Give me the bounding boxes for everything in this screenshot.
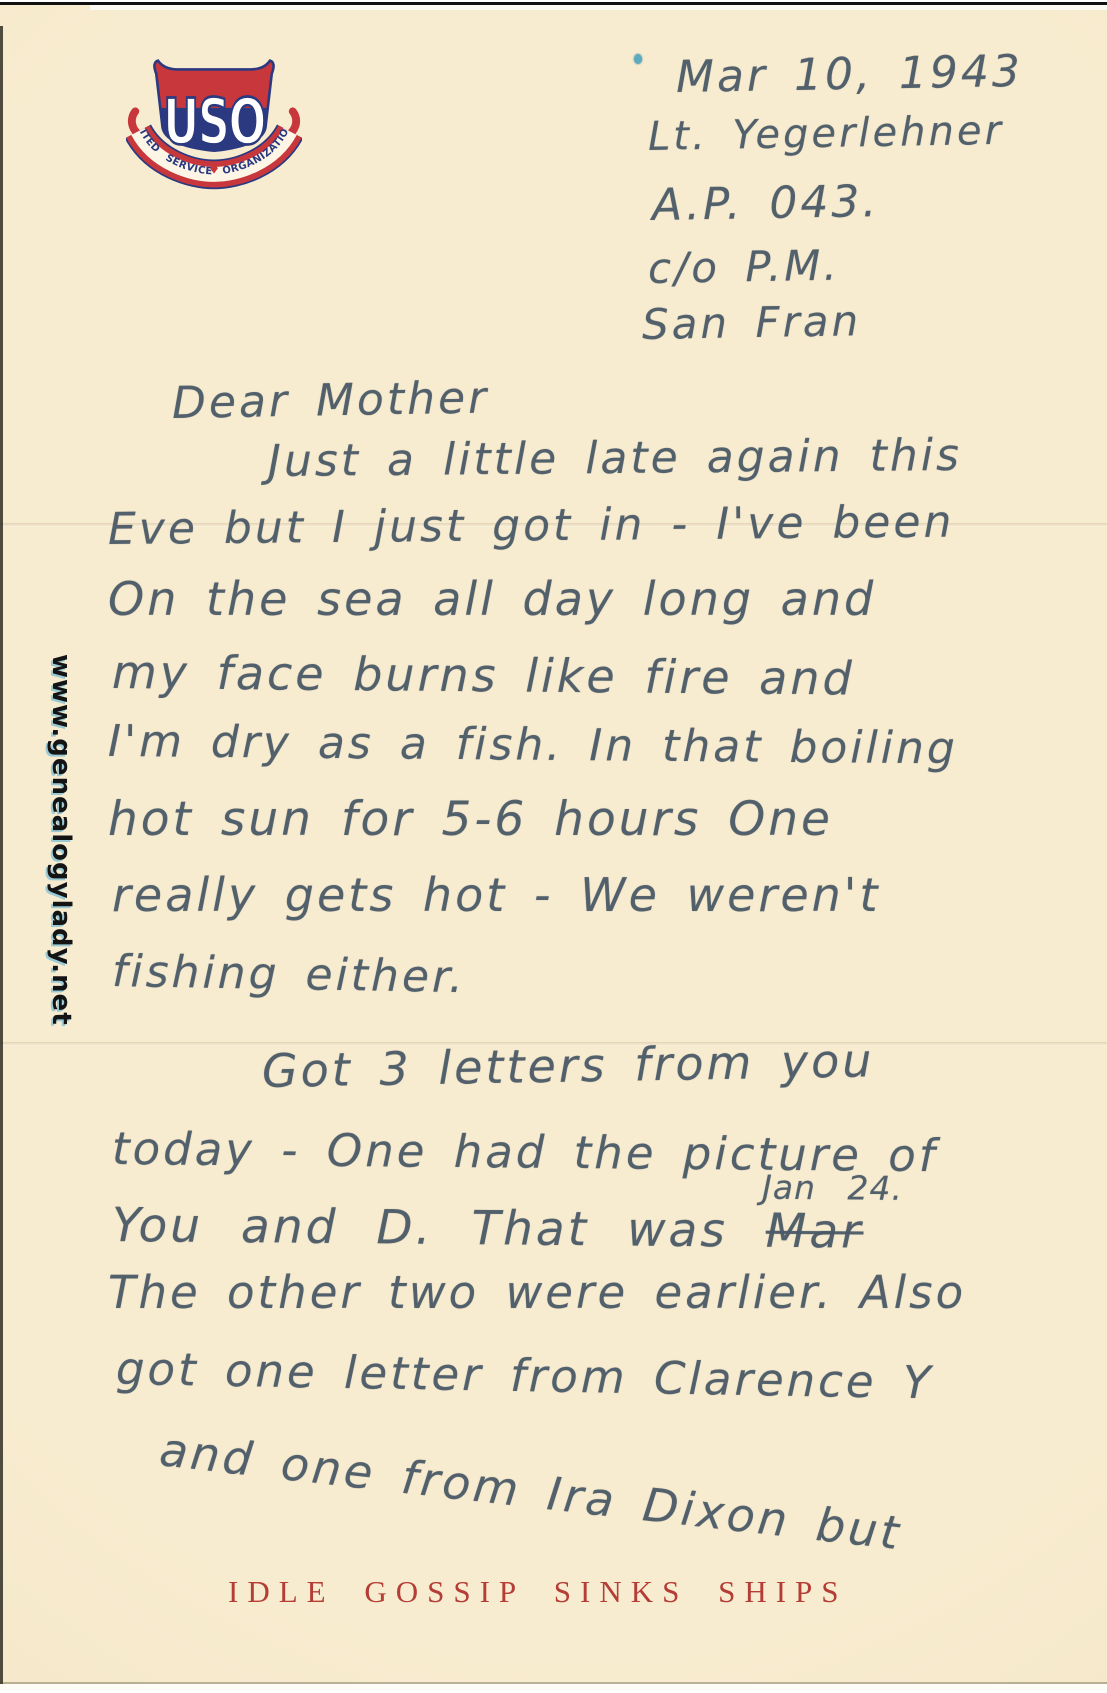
heading-unit: A.P. 043.	[652, 176, 880, 231]
letter-paper: USO UNITED SERVICE ORGANIZATIONS Mar 10,…	[0, 2, 1107, 1690]
correction-inserted: Jan 24.	[762, 1168, 903, 1208]
heading-date: Mar 10, 1943	[676, 46, 1024, 103]
body-line: Just a little late again this	[268, 430, 962, 487]
body-line: You and D. That was	[112, 1198, 728, 1258]
uso-acronym-text: USO	[163, 84, 265, 158]
correction-struck: Mar	[766, 1204, 864, 1260]
heading-city: San Fran	[642, 296, 862, 349]
body-line: Eve but I just got in - I've been	[108, 497, 955, 555]
uso-logo: USO UNITED SERVICE ORGANIZATIONS	[126, 58, 302, 198]
heading-care-of: c/o P.M.	[648, 241, 841, 293]
blue-ink-speck	[634, 54, 642, 64]
body-line: On the sea all day long and	[108, 572, 876, 626]
body-line-with-correction: You and D. That was Jan 24. Mar	[112, 1198, 864, 1260]
body-line: hot sun for 5-6 hours One	[108, 792, 833, 847]
watermark-url: www.genealogylady.net	[46, 654, 76, 1026]
body-line: fishing either.	[112, 946, 467, 1003]
body-line: really gets hot - We weren't	[112, 868, 881, 922]
body-line: I'm dry as a fish. In that boiling	[108, 716, 958, 774]
scan-edge-top-white	[90, 5, 1107, 10]
body-line: Got 3 letters from you	[262, 1033, 875, 1098]
body-line: and one from Ira Dixon but	[157, 1422, 904, 1560]
date-correction: Jan 24. Mar	[766, 1204, 864, 1260]
body-line: The other two were earlier. Also	[108, 1266, 966, 1319]
scan-edge-bottom-white	[0, 1684, 1107, 1690]
body-line: my face burns like fire and	[112, 645, 855, 705]
heading-name: Lt. Yegerlehner	[648, 108, 1005, 160]
scan-edge-left	[0, 26, 3, 1690]
salutation: Dear Mother	[172, 372, 490, 429]
printed-slogan: IDLE GOSSIP SINKS SHIPS	[228, 1574, 848, 1610]
body-line: got one letter from Clarence Y	[116, 1342, 934, 1409]
